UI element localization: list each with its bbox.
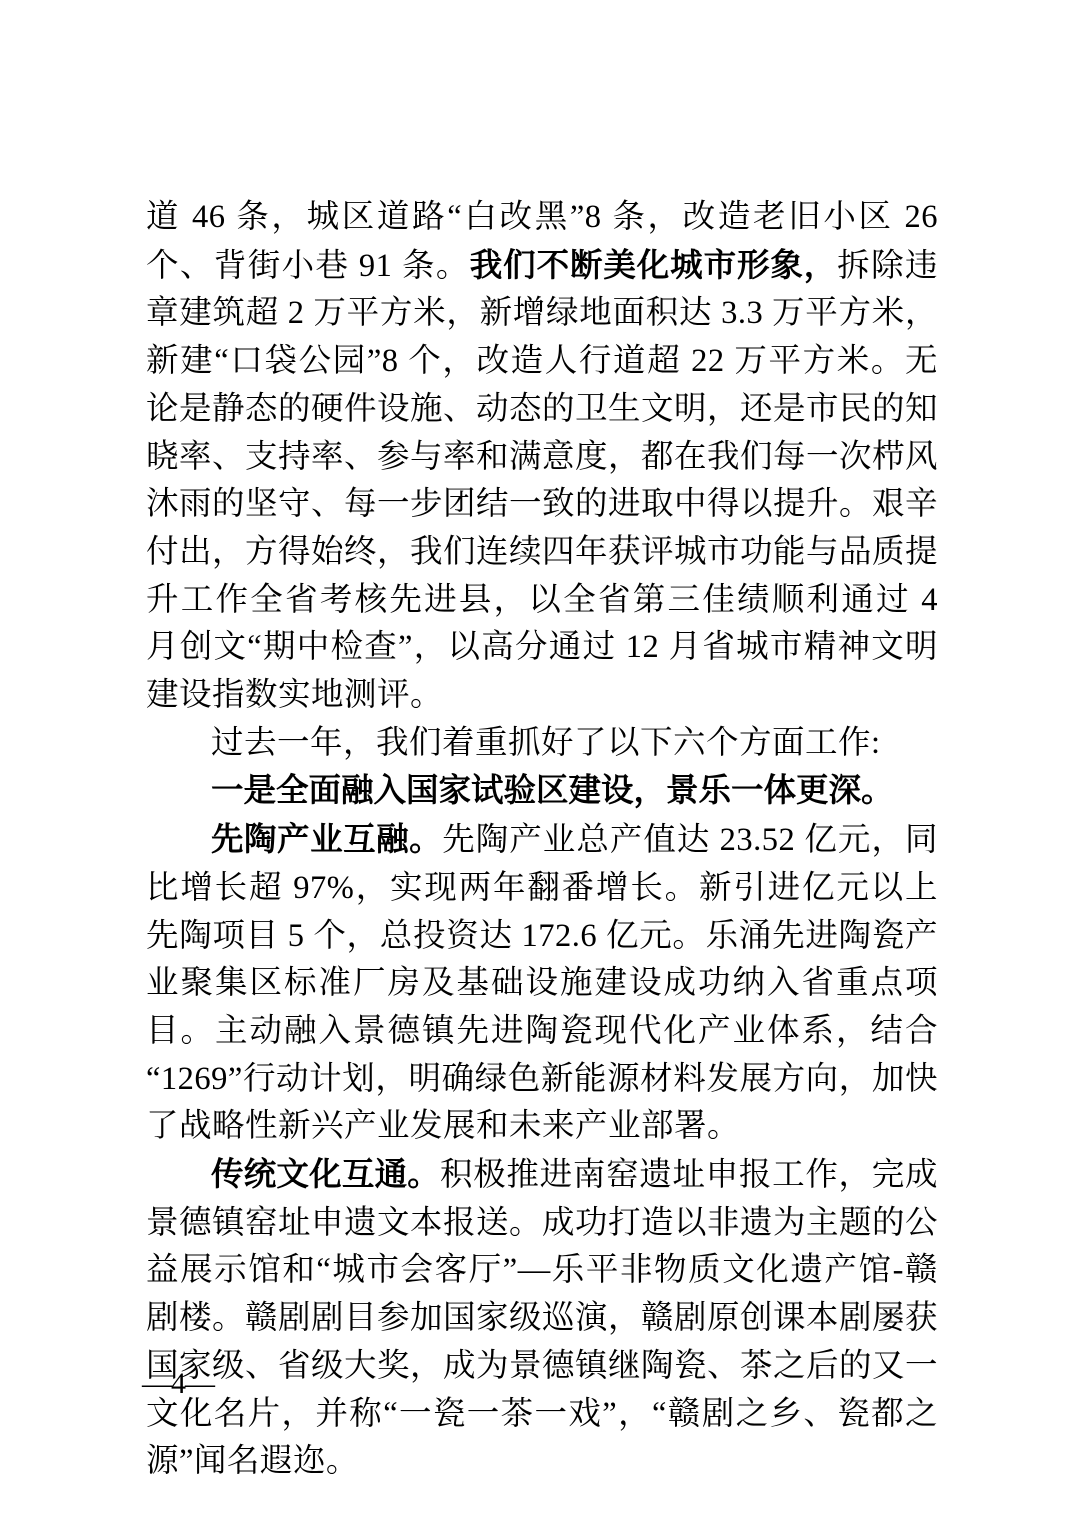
emphasis-text-segment: 我们不断美化城市形象， (470, 247, 837, 283)
emphasis-text-segment: 先陶产业互融。 (211, 821, 442, 857)
document-page: { "page": { "footer": { "page_number": "… (0, 0, 1074, 1520)
paragraph: 传统文化互通。积极推进南窑遗址申报工作，完成景德镇窑址申遗文本报送。成功打造以非… (146, 1151, 938, 1486)
text-segment: 积极推进南窑遗址申报工作，完成景德镇窑址申遗文本报送。成功打造以非遗为主题的公益… (146, 1157, 938, 1479)
paragraph: 先陶产业互融。先陶产业总产值达 23.52 亿元，同比增长超 97%，实现两年翻… (146, 816, 938, 1151)
paragraph: 道 46 条，城区道路“白改黑”8 条，改造老旧小区 26 个、背街小巷 91 … (146, 194, 938, 720)
page-number: —4— (142, 1367, 214, 1401)
text-segment: 先陶产业总产值达 23.52 亿元，同比增长超 97%，实现两年翻番增长。新引进… (146, 822, 938, 1144)
emphasis-text-segment: 一是全面融入国家试验区建设，景乐一体更深。 (211, 772, 894, 808)
document-body: 道 46 条，城区道路“白改黑”8 条，改造老旧小区 26 个、背街小巷 91 … (146, 194, 938, 1486)
text-segment: 拆除违章建筑超 2 万平方米，新增绿地面积达 3.3 万平方米，新建“口袋公园”… (146, 248, 938, 713)
emphasis-text-segment: 传统文化互通。 (211, 1156, 440, 1192)
paragraph: 过去一年，我们着重抓好了以下六个方面工作: (146, 720, 938, 768)
paragraph: 一是全面融入国家试验区建设，景乐一体更深。 (146, 767, 938, 816)
text-segment: 过去一年，我们着重抓好了以下六个方面工作: (211, 725, 881, 761)
